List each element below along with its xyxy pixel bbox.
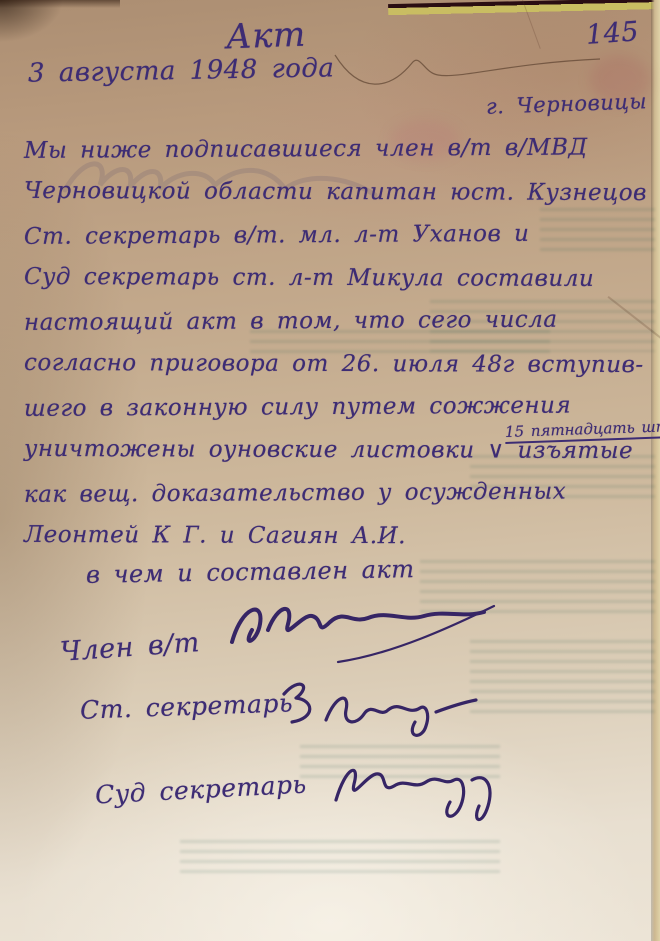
signature-ukhanov (272, 672, 482, 747)
place-line: г. Черновицы (486, 89, 648, 119)
document-page: Акт 145 3 августа 1948 года г. Черновицы… (0, 0, 660, 941)
signature-mikula (322, 748, 522, 833)
bleed-through-text (180, 840, 500, 880)
signature-role-member: Член в/т (59, 627, 201, 668)
signature-role-court-secretary: Суд секретарь (94, 769, 307, 809)
date-line: 3 августа 1948 года (28, 53, 335, 88)
body-line: Черновицкой области капитан юст. Кузнецо… (24, 170, 644, 215)
body-text: Мы ниже подписавшиеся член в/т в/МВД Чер… (24, 128, 644, 558)
body-line: Суд секретарь ст. л-т Микула составили (24, 256, 644, 301)
body-line: Ст. секретарь в/т. мл. л-т Уханов и (24, 212, 644, 259)
page-number: 145 (585, 16, 640, 51)
shadow-top-left (0, 0, 120, 8)
closing-line: в чем и составлен акт (86, 555, 415, 589)
signature-kuznetsov (218, 592, 508, 677)
stray-pen-line (320, 35, 620, 95)
signature-role-st-secretary: Ст. секретарь (80, 688, 294, 724)
document-title: Акт (225, 15, 306, 58)
body-line: настоящий акт в том, что сего числа (24, 298, 644, 345)
body-line: Мы ниже подписавшиеся член в/т в/МВД (24, 126, 644, 173)
body-line: Леонтей К Г. и Сагиян А.И. (24, 514, 644, 559)
body-line: согласно приговора от 26. июля 48г вступ… (24, 342, 644, 387)
body-line: как вещ. доказательство у осужденных (24, 470, 644, 517)
